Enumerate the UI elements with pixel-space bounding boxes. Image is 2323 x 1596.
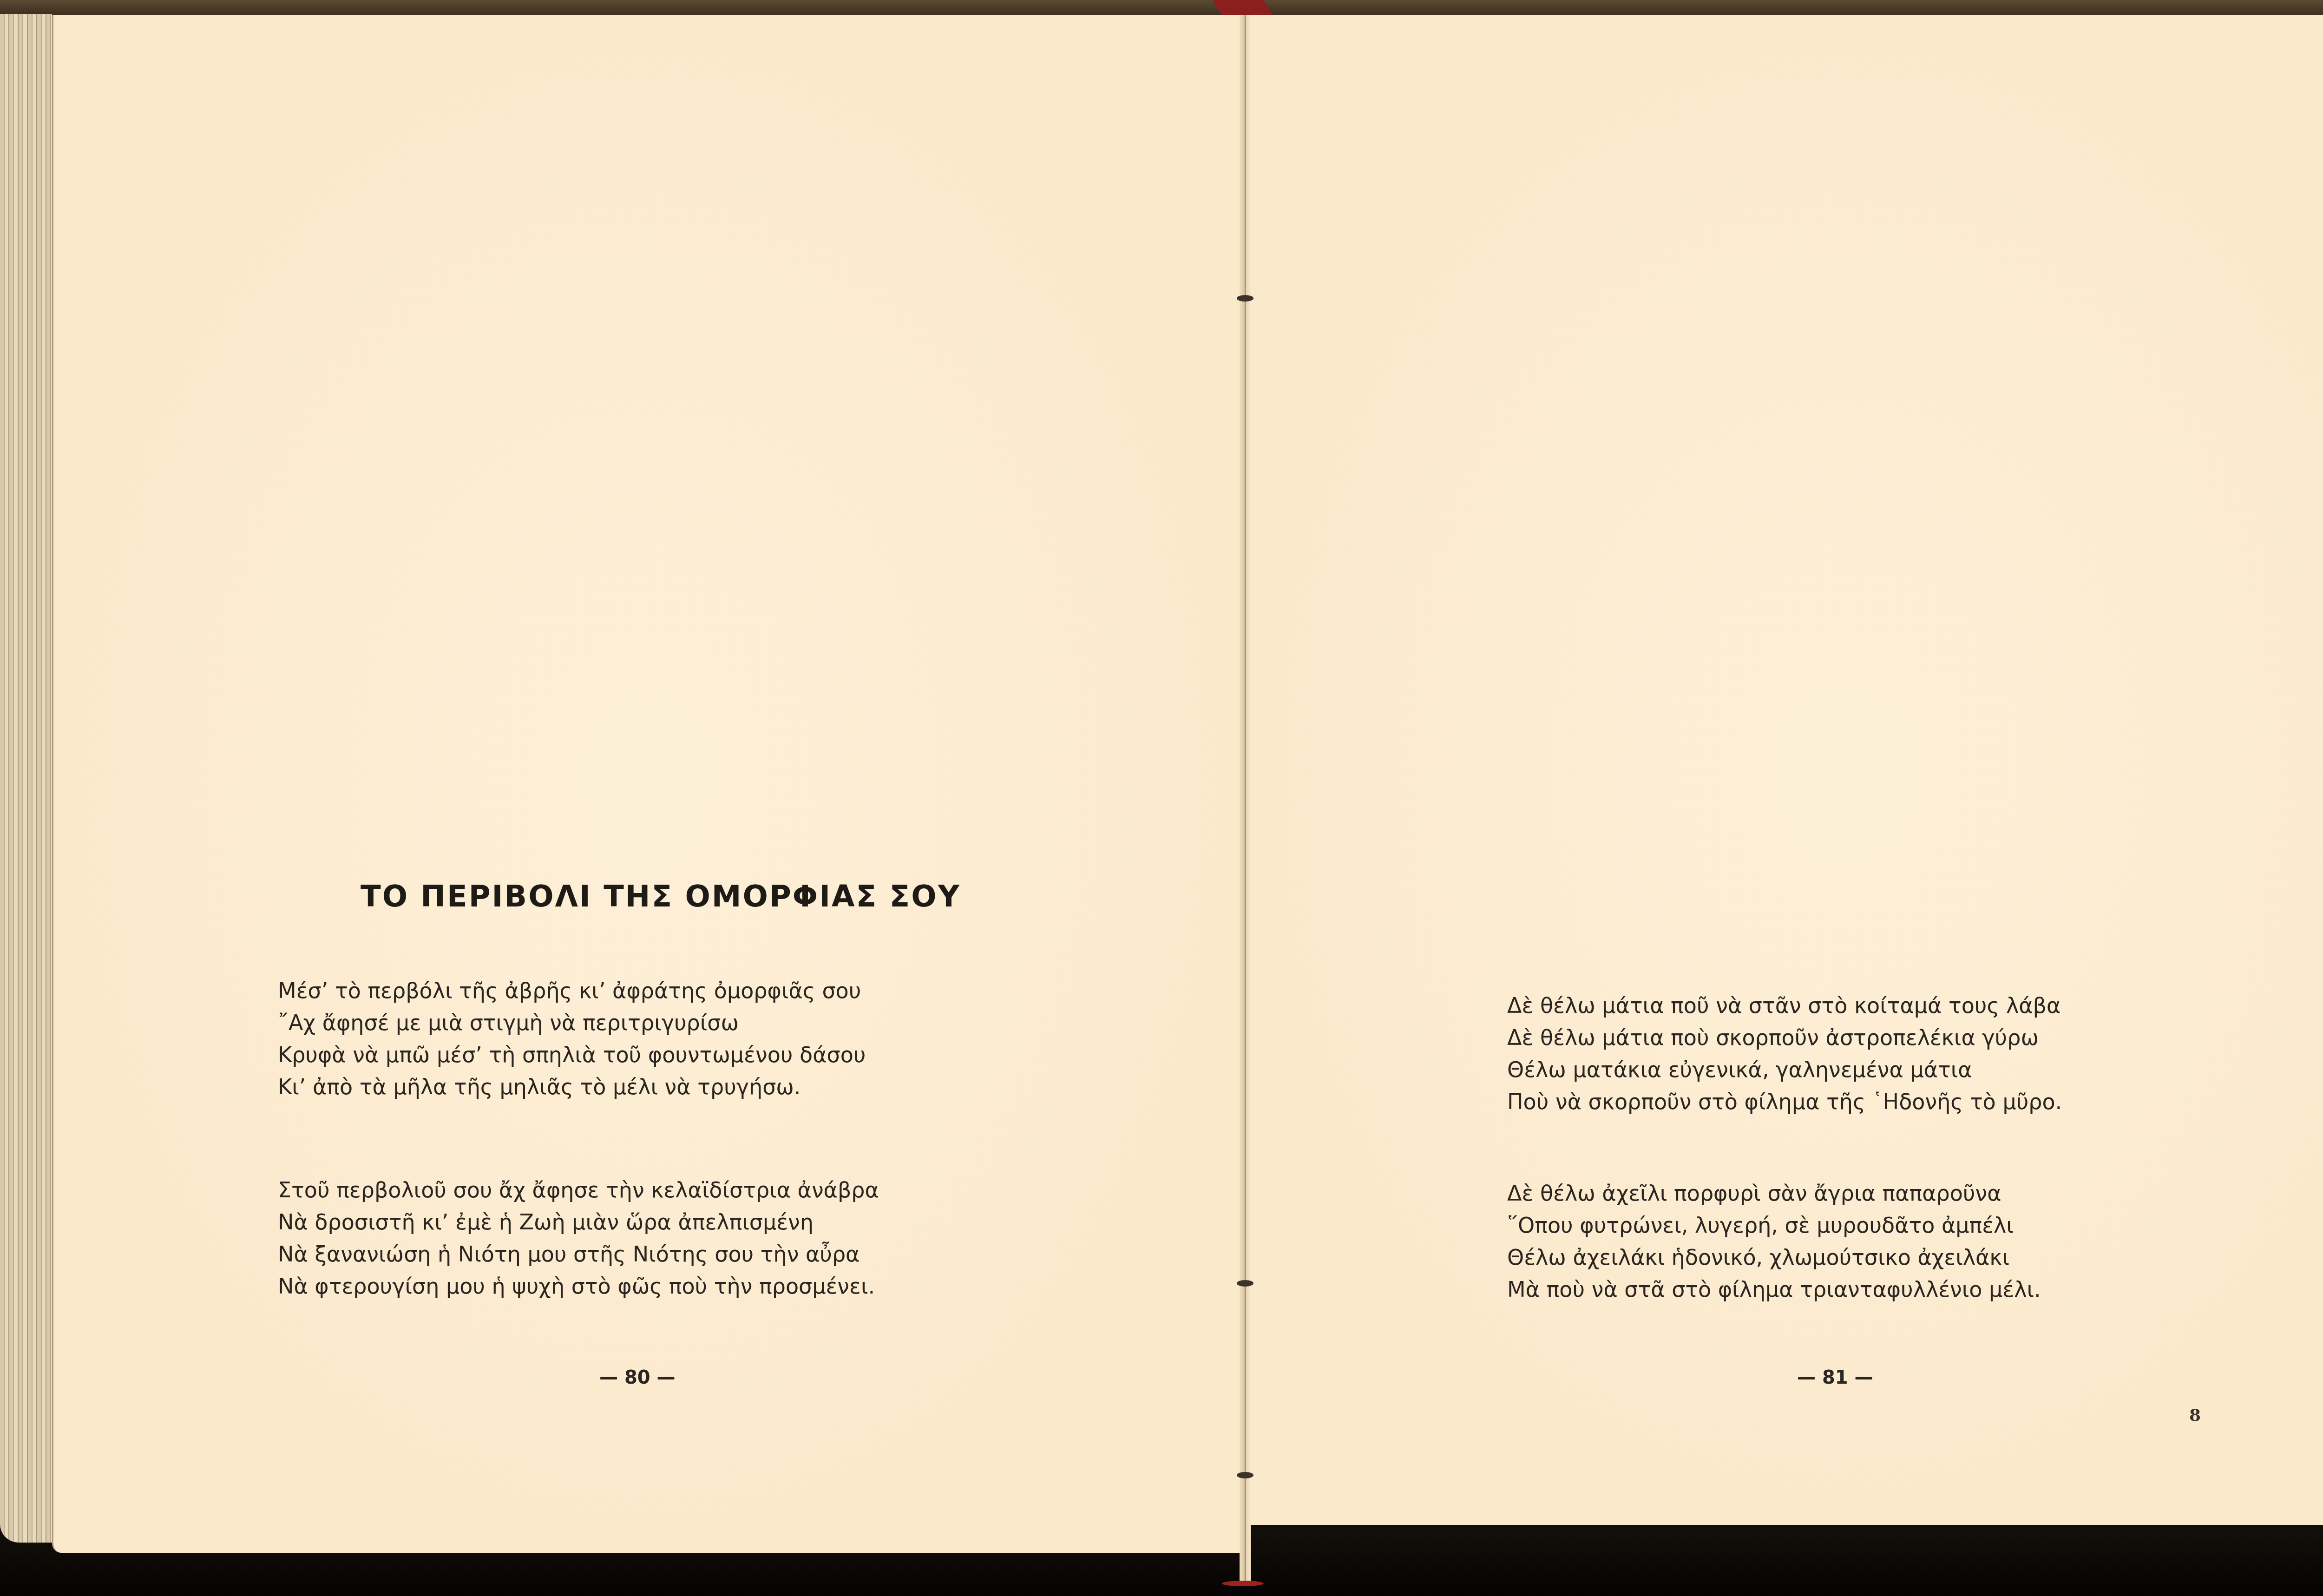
poem-line: Δὲ θέλω μάτια ποῦ νὰ στᾶν στὸ κοίταμά το… bbox=[1507, 990, 2062, 1022]
poem-line: Δὲ θέλω μάτια ποὺ σκορποῦν ἀστροπελέκια … bbox=[1507, 1022, 2062, 1054]
poem-line: Κι’ ἀπὸ τὰ μῆλα τῆς μηλιᾶς τὸ μέλι νὰ τρ… bbox=[278, 1071, 866, 1103]
poem-line: ῞Οπου φυτρώνει, λυγερή, σὲ μυρουδᾶτο ἀμπ… bbox=[1507, 1209, 2041, 1241]
poem-line: Μὰ ποὺ νὰ στᾶ στὸ φίλημα τριανταφυλλένιο… bbox=[1507, 1274, 2041, 1306]
left-page bbox=[52, 15, 1243, 1553]
poem-title: ΤΟ ΠΕΡΙΒΟΛΙ ΤΗΣ ΟΜΟΡΦΙΑΣ ΣΟΥ bbox=[361, 880, 961, 914]
poem-line: Θέλω ἀχειλάκι ἡδονικό, χλωμούτσικο ἀχειλ… bbox=[1507, 1241, 2041, 1274]
binding-stitch bbox=[1237, 295, 1253, 302]
poem-line: Νὰ δροσιστῆ κι’ ἐμὲ ἡ Ζωὴ μιὰν ὥρα ἀπελπ… bbox=[278, 1206, 879, 1238]
bookmark-ribbon-bottom bbox=[1222, 1581, 1264, 1586]
left-stanza-2: Στοῦ περβολιοῦ σου ἄχ ἄφησε τὴν κελαϊδίσ… bbox=[278, 1174, 879, 1302]
poem-line: Δὲ θέλω ἀχεῖλι πορφυρὶ σὰν ἄγρια παπαροῦ… bbox=[1507, 1177, 2041, 1209]
open-book-scan: ΤΟ ΠΕΡΙΒΟΛΙ ΤΗΣ ΟΜΟΡΦΙΑΣ ΣΟΥ Μέσ’ τὸ περ… bbox=[0, 0, 2323, 1596]
book-cover-top-edge bbox=[0, 0, 2323, 14]
left-stanza-1: Μέσ’ τὸ περβόλι τῆς ἀβρῆς κι’ ἀφράτης ὀμ… bbox=[278, 975, 866, 1103]
binding-stitch bbox=[1237, 1472, 1253, 1478]
page-number-right: — 81 — bbox=[1797, 1367, 1873, 1388]
poem-line: Στοῦ περβολιοῦ σου ἄχ ἄφησε τὴν κελαϊδίσ… bbox=[278, 1174, 879, 1206]
poem-line: Θέλω ματάκια εὐγενικά, γαληνεμένα μάτια bbox=[1507, 1054, 2062, 1086]
poem-line: Μέσ’ τὸ περβόλι τῆς ἀβρῆς κι’ ἀφράτης ὀμ… bbox=[278, 975, 866, 1007]
poem-line: Κρυφὰ νὰ μπῶ μέσ’ τὴ σπηλιὰ τοῦ φουντωμέ… bbox=[278, 1039, 866, 1071]
left-page-edges bbox=[0, 14, 52, 1543]
signature-mark: 8 bbox=[2189, 1406, 2201, 1425]
poem-line: ῎Αχ ἄφησέ με μιὰ στιγμὴ νὰ περιτριγυρίσω bbox=[278, 1007, 866, 1039]
poem-line: Νὰ φτερουγίση μου ἡ ψυχὴ στὸ φῶς ποὺ τὴν… bbox=[278, 1270, 879, 1302]
page-number-left: — 80 — bbox=[599, 1367, 676, 1388]
book-gutter bbox=[1240, 15, 1251, 1581]
poem-line: Ποὺ νὰ σκορποῦν στὸ φίλημα τῆς ῾Ηδονῆς τ… bbox=[1507, 1086, 2062, 1118]
binding-stitch bbox=[1237, 1280, 1253, 1287]
right-stanza-1: Δὲ θέλω μάτια ποῦ νὰ στᾶν στὸ κοίταμά το… bbox=[1507, 990, 2062, 1118]
poem-line: Νὰ ξανανιώση ἡ Νιότη μου στῆς Νιότης σου… bbox=[278, 1238, 879, 1270]
right-stanza-2: Δὲ θέλω ἀχεῖλι πορφυρὶ σὰν ἄγρια παπαροῦ… bbox=[1507, 1177, 2041, 1306]
bookmark-ribbon-top bbox=[1213, 0, 1273, 16]
